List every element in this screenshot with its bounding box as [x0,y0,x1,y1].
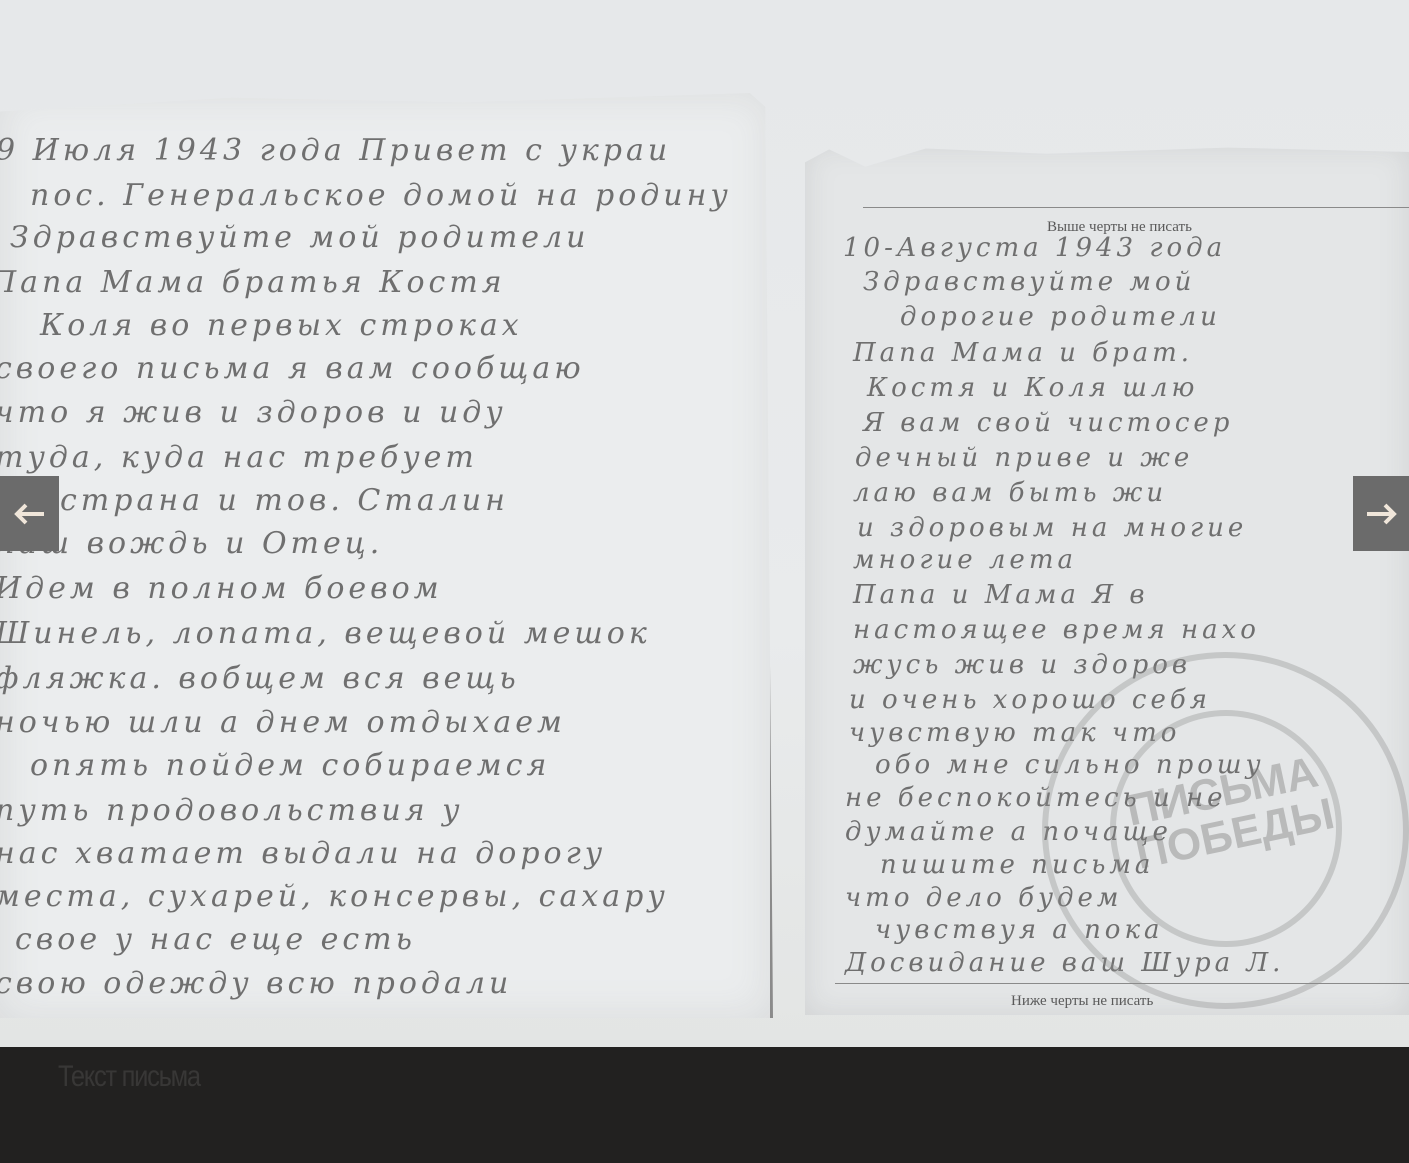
handwritten-line: Папа Мама и брат. [853,338,1193,368]
handwritten-line: Здравствуйте мой [863,267,1195,297]
handwritten-line: страна и тов. Сталин [60,483,509,518]
handwritten-line: опять пойдем собираемся [30,748,550,783]
image-viewer: 9 Июля 1943 года Привет с украи пос. Ген… [0,0,1409,1047]
bottom-rule [835,983,1409,984]
handwritten-line: своего письма я вам сообщаю [0,351,585,386]
handwritten-line: нас хватает выдали на дорогу [0,836,606,871]
arrow-right-icon [1365,503,1397,525]
handwritten-line: Здравствуйте мой родители [10,220,589,255]
handwritten-line: Костя и Коля шлю [867,373,1198,403]
handwritten-line: пос. Генеральское домой на родину [30,178,732,213]
handwritten-line: что я жив и здоров и иду [0,395,507,430]
handwritten-line: Папа и Мама Я в [853,580,1149,610]
handwritten-line: Папа Мама братья Костя [0,265,506,300]
printed-footer: Ниже черты не писать [1011,993,1153,1010]
previous-image-button[interactable] [0,476,59,551]
handwritten-line: свое у нас еще есть [15,922,416,957]
handwritten-line: ночью шли а днем отдыхаем [0,705,566,740]
handwritten-line: места, сухарей, консервы, сахару [0,879,669,914]
caption-bar [0,1047,1409,1163]
top-rule [863,207,1409,208]
handwritten-line: настоящее время нахо [853,615,1260,645]
handwritten-line: Я вам свой чистосер [863,408,1233,438]
handwritten-line: 10-Августа 1943 года [843,233,1226,263]
handwritten-line: дорогие родители [900,302,1221,332]
handwritten-line: фляжка. вобщем вся вещь [0,661,520,696]
handwritten-line: 9 Июля 1943 года Привет с украи [0,133,671,168]
letter-page-left: 9 Июля 1943 года Привет с украи пос. Ген… [0,93,773,1018]
handwritten-line: и здоровым на многие [857,513,1247,543]
handwritten-line: Коля во первых строках [40,308,523,343]
handwritten-line: дечный приве и же [855,443,1193,473]
next-image-button[interactable] [1353,476,1409,551]
handwritten-line: многие лета [853,545,1077,575]
handwritten-line: Шинель, лопата, вещевой мешок [0,616,651,651]
handwritten-line: свою одежду всю продали [0,966,512,1001]
watermark-stamp: ПИСЬМА ПОБЕДЫ [1042,652,1409,1009]
arrow-left-icon [14,503,46,525]
handwritten-line: Идем в полном боевом [0,571,443,606]
image-caption: Текст письма [58,1060,200,1094]
handwritten-line: лаю вам быть жи [853,478,1167,508]
handwritten-line: туда, куда нас требует [0,440,478,475]
handwritten-line: путь продовольствия у [0,793,464,828]
